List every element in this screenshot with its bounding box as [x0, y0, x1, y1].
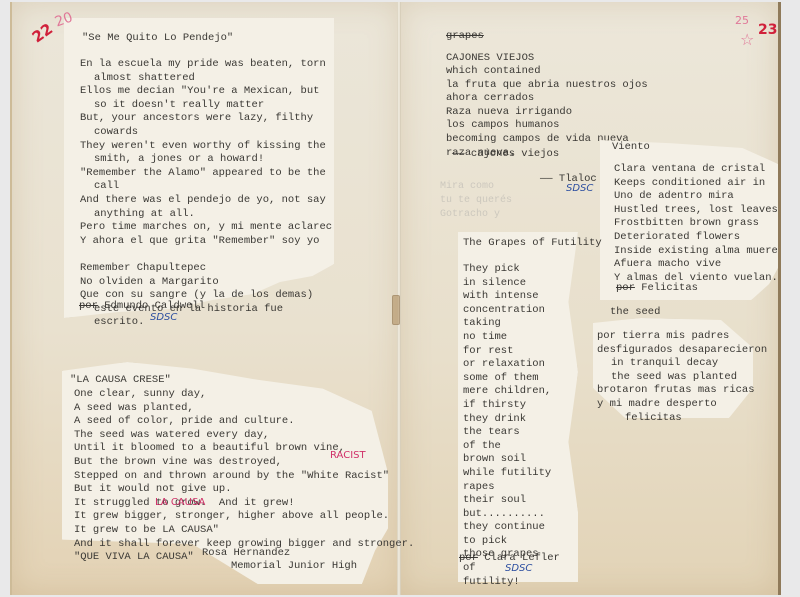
poem-line: in silence — [463, 277, 551, 291]
poem-line: And there was el pendejo de yo, not say — [80, 194, 332, 208]
byline: por Edmundo Caldwell — [79, 300, 205, 314]
star-mark: ☆ — [740, 30, 754, 49]
poem-line: En la escuela my pride was beaten, torn — [80, 58, 332, 72]
poem-line: los campos humanos — [446, 119, 648, 133]
poem-line: They pick — [463, 263, 551, 277]
poem-line: smith, a jones or a howard! — [80, 153, 332, 167]
poem-line: no time — [463, 331, 551, 345]
poem-line: Ellos me decian "You're a Mexican, but — [80, 85, 332, 99]
poem-line: but.......... — [463, 508, 551, 522]
poem-title: CAJONES VIEJOS — [446, 52, 534, 66]
poem-line: y mi madre desperto — [597, 398, 767, 412]
poem-line: A seed of color, pride and culture. — [74, 415, 414, 429]
poem-line: Remember Chapultepec — [80, 262, 332, 276]
poem-line: Keeps conditioned air in — [614, 177, 778, 191]
sdsc-annotation: SDSC — [505, 563, 532, 574]
poem-line: desfigurados desaparecieron — [597, 344, 767, 358]
poem-line: Frostbitten brown grass — [614, 217, 778, 231]
poem-line: felicitas — [597, 412, 767, 426]
poem-line: concentration — [463, 304, 551, 318]
poem-title: "Se Me Quito Lo Pendejo" — [82, 32, 233, 46]
poem-line: One clear, sunny day, — [74, 388, 414, 402]
poem-title: The Grapes of Futility — [463, 237, 602, 251]
sdsc-annotation: SDSC — [566, 183, 593, 194]
poem-line: por tierra mis padres — [597, 330, 767, 344]
poem-line: Inside existing alma muere — [614, 245, 778, 259]
poem-line: No olviden a Margarito — [80, 276, 332, 290]
staple — [392, 295, 400, 325]
poem-line — [80, 248, 332, 262]
poem-line: Hustled trees, lost leaves — [614, 204, 778, 218]
poem-line: Clara ventana de cristal — [614, 163, 778, 177]
byline: por Felicitas — [616, 282, 698, 296]
poem-line: brotaron frutas mas ricas — [597, 384, 767, 398]
poem-line: rapes — [463, 481, 551, 495]
poem-line: they continue — [463, 521, 551, 535]
school-name: Memorial Junior High — [231, 560, 357, 574]
poem-line: anything at all. — [80, 208, 332, 222]
poem-title: "LA CAUSA CRESE" — [70, 374, 171, 388]
poem-line: the seed was planted — [597, 371, 767, 385]
poem-line: almost shattered — [80, 72, 332, 86]
byline-prefix: por — [79, 300, 98, 312]
poem-line: They weren't even worthy of kissing the — [80, 140, 332, 154]
poem-line: It grew bigger, stronger, higher above a… — [74, 510, 414, 524]
poem-line: Deteriorated flowers — [614, 231, 778, 245]
poem-line: so it doesn't really matter — [80, 99, 332, 113]
poem-line: Raza nueva irrigando — [446, 106, 648, 120]
poem-line: some of them — [463, 372, 551, 386]
poem-line: "Remember the Alamo" appeared to be the — [80, 167, 332, 181]
poem-body-la-causa: One clear, sunny day,A seed was planted,… — [74, 388, 414, 565]
poem-body-the-seed: por tierra mis padresdesfigurados desapa… — [597, 330, 767, 425]
poem-line: of the — [463, 440, 551, 454]
poem-line: la fruta que abria nuestros ojos — [446, 79, 648, 93]
struck-heading: grapes — [446, 30, 484, 44]
poem-line: with intense — [463, 290, 551, 304]
poem-line: Y ahora el que grita "Remember" soy yo — [80, 235, 332, 249]
handwritten-correction: LA CAUSA — [155, 497, 205, 508]
poem-body-viento: Clara ventana de cristalKeeps conditione… — [614, 163, 778, 285]
bleed-through-text: Mira como tu te querés Gotracho y — [440, 180, 512, 222]
poem-line: if thirsty — [463, 399, 551, 413]
poem-line: Uno de adentro mira — [614, 190, 778, 204]
sdsc-annotation: SDSC — [150, 312, 177, 323]
poem-line: cowards — [80, 126, 332, 140]
poem-line: or relaxation — [463, 358, 551, 372]
poem-line: mere children, — [463, 385, 551, 399]
poem-line: futility! — [463, 576, 551, 590]
poem-line: The seed was watered every day, — [74, 429, 414, 443]
poem-line: for rest — [463, 345, 551, 359]
byline-prefix: por — [616, 282, 635, 294]
poem-line: to pick — [463, 535, 551, 549]
poem-line: ahora cerrados — [446, 92, 648, 106]
poem-line: call — [80, 180, 332, 194]
poem-line: the tears — [463, 426, 551, 440]
poem-line: It struggled to grow. And it grew! — [74, 497, 414, 511]
poem-line: It grew to be LA CAUSA" — [74, 524, 414, 538]
poem-line: their soul — [463, 494, 551, 508]
poem-body-se-me-quito: En la escuela my pride was beaten, torna… — [80, 58, 332, 330]
poem-title: Viento — [612, 141, 650, 155]
byline-prefix: por — [459, 552, 478, 564]
poem-title: the seed — [610, 306, 660, 320]
poem-body-grapes: They pickin silencewith intenseconcentra… — [463, 263, 551, 589]
poem-line: But it would not give up. — [74, 483, 414, 497]
page-number: 23 — [758, 22, 777, 38]
author-name: Edmundo Caldwell — [104, 300, 205, 312]
poem-line: Stepped on and thrown around by the "Whi… — [74, 470, 414, 484]
poem-closing: —— cajones viejos — [452, 148, 559, 162]
author-name: Rosa Hernandez — [202, 547, 290, 561]
poem-line: Pero time marches on, y mi mente aclarec — [80, 221, 332, 235]
poem-line: in tranquil decay — [597, 357, 767, 371]
poem-line: A seed was planted, — [74, 402, 414, 416]
poem-line: brown soil — [463, 453, 551, 467]
author-name: Felicitas — [641, 282, 698, 294]
poem-line: they drink — [463, 413, 551, 427]
poem-line: Afuera macho vive — [614, 258, 778, 272]
poem-line: But, your ancestors were lazy, filthy — [80, 112, 332, 126]
poem-line: taking — [463, 317, 551, 331]
poem-line: while futility — [463, 467, 551, 481]
faded-page-number: 25 — [735, 14, 749, 27]
handwritten-correction: RACIST — [330, 450, 366, 461]
poem-line: which contained — [446, 65, 648, 79]
poem-line: escrito. — [80, 316, 332, 330]
